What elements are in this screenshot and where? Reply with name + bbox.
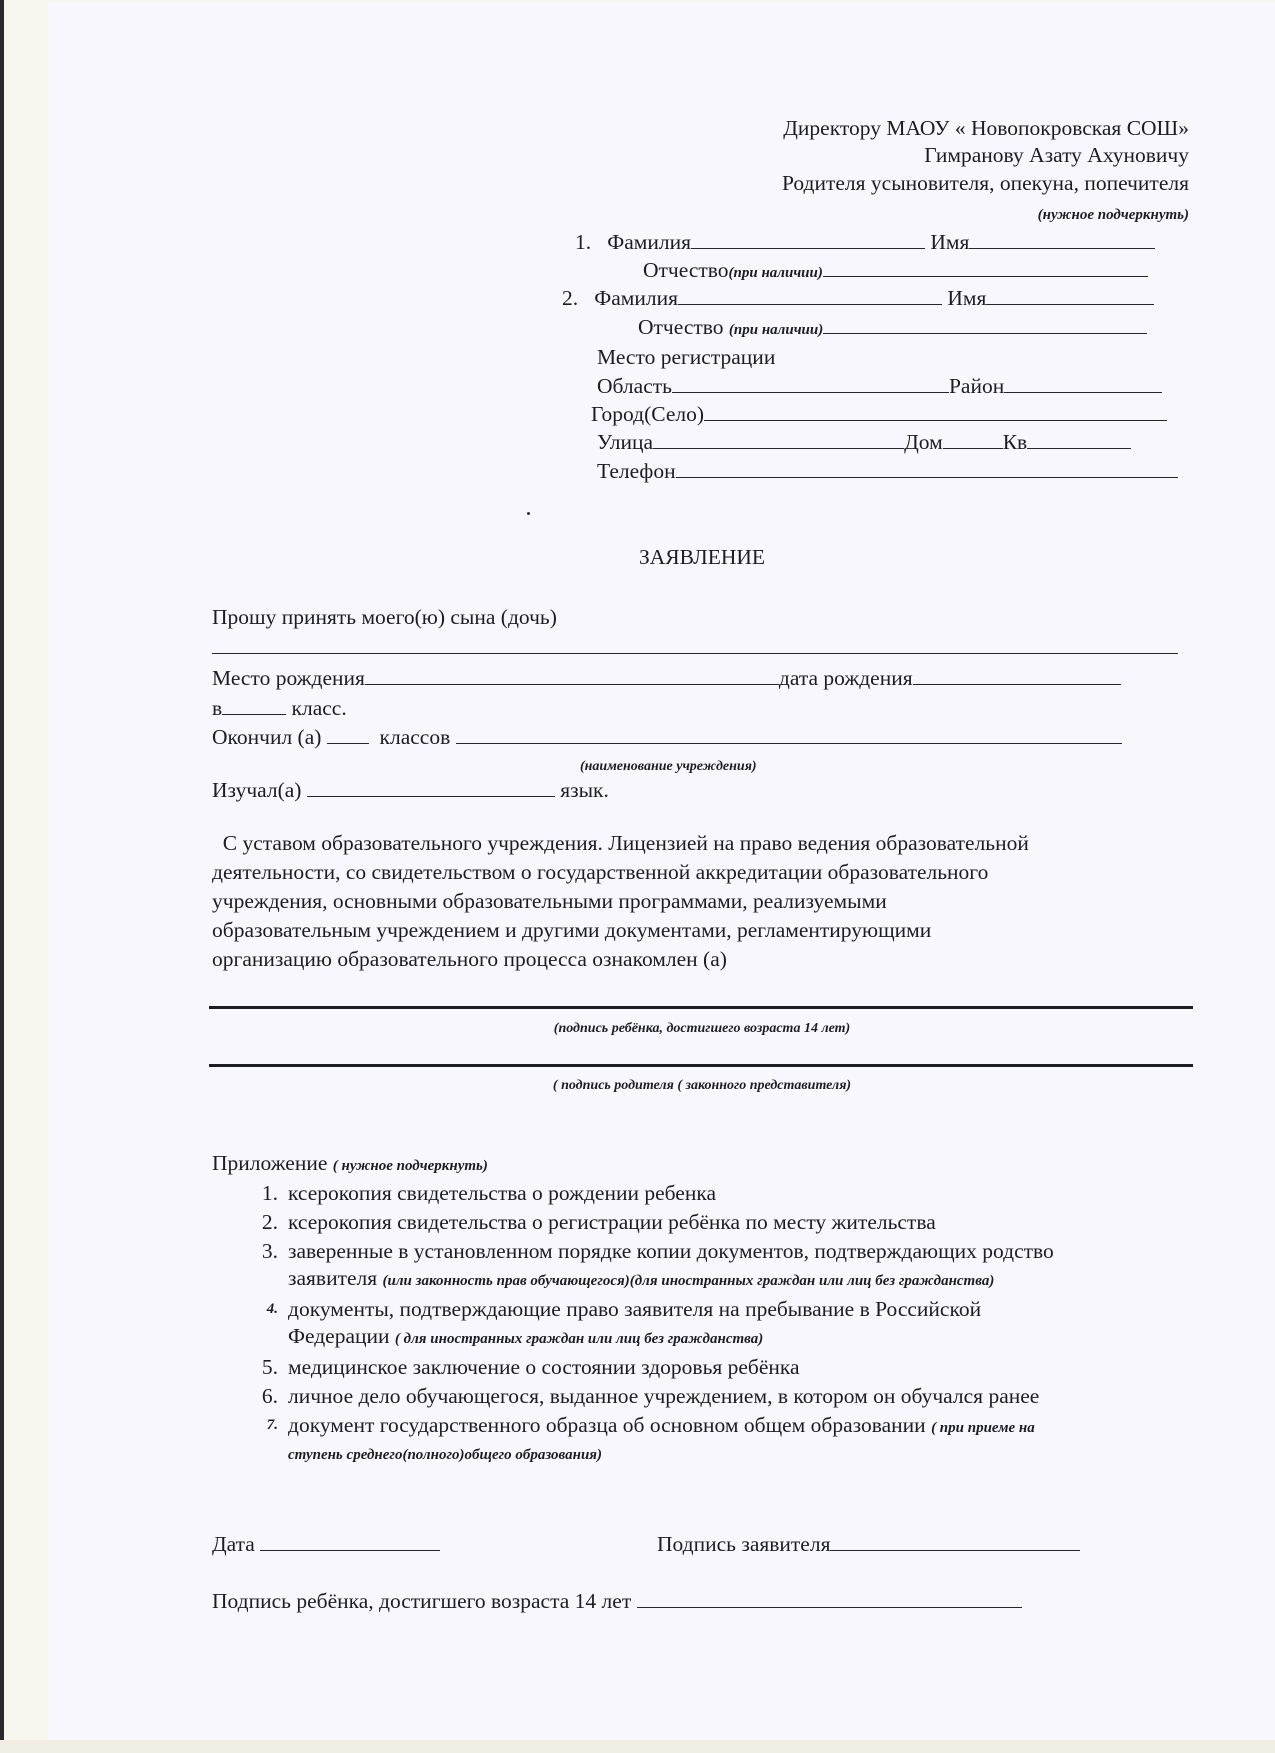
applicant-2-surname-field[interactable]	[678, 284, 942, 305]
language-row: Изучал(а) язык.	[212, 776, 609, 803]
attachments-heading: Приложение ( нужное подчеркнуть)	[212, 1150, 488, 1179]
street-label: Улица	[597, 430, 653, 454]
document-title: ЗАЯВЛЕНИЕ	[0, 544, 1275, 570]
addressee-line-2: Гимранову Азату Ахуновичу	[924, 142, 1189, 168]
applicant-1-surname-field[interactable]	[691, 228, 925, 249]
district-label: Район	[949, 374, 1004, 398]
child-signature-line[interactable]	[209, 1006, 1193, 1009]
attachment-text: документ государственного образца об осн…	[288, 1413, 931, 1437]
applicant-2-name-label: Имя	[947, 286, 986, 310]
attachments-heading-note: ( нужное подчеркнуть)	[333, 1158, 488, 1174]
attachment-number: 7.	[248, 1412, 278, 1438]
attachment-text: личное дело обучающегося, выданное учреж…	[288, 1384, 1039, 1408]
attachment-note: ( при приеме на	[931, 1420, 1035, 1436]
finished-classes-field[interactable]	[327, 723, 369, 744]
applicant-1-number: 1.	[575, 230, 591, 254]
acknowledgement-line: образовательным учреждением и другими до…	[212, 917, 931, 943]
attachment-text: заверенные в установленном порядке копии…	[288, 1239, 1054, 1263]
attachments-heading-label: Приложение	[212, 1151, 333, 1175]
birthdate-field[interactable]	[913, 664, 1121, 685]
phone-field[interactable]	[676, 457, 1178, 478]
date-label: Дата	[212, 1532, 255, 1556]
class-row: в класс.	[212, 694, 347, 721]
attachment-item: 7.документ государственного образца об о…	[288, 1412, 1035, 1441]
attachment-number: 5.	[248, 1354, 278, 1380]
scan-bottom-edge	[0, 1740, 1275, 1753]
attachment-continuation-text: Федерации	[288, 1324, 395, 1348]
registration-heading: Место регистрации	[597, 344, 775, 370]
applicant-1-patronymic-label: Отчество	[643, 258, 729, 282]
apt-field[interactable]	[1027, 428, 1131, 449]
parent-signature-line[interactable]	[209, 1064, 1193, 1067]
finished-label: Окончил (а)	[212, 725, 321, 749]
acknowledgement-line: организацию образовательного процесса оз…	[212, 946, 727, 972]
applicant-2-patronymic-field[interactable]	[823, 313, 1147, 334]
applicant-2-surname-label: Фамилия	[594, 286, 678, 310]
scan-edge	[0, 0, 4, 1753]
attachment-number: 4.	[248, 1296, 278, 1322]
attachment-item: 1.ксерокопия свидетельства о рождении ре…	[288, 1180, 716, 1206]
child-final-signature-row: Подпись ребёнка, достигшего возраста 14 …	[212, 1587, 1022, 1614]
attachment-item: 6.личное дело обучающегося, выданное учр…	[288, 1383, 1039, 1409]
class-suffix: класс.	[286, 696, 347, 720]
attachment-item: 2.ксерокопия свидетельства о регистрации…	[288, 1209, 936, 1235]
parent-signature-note: ( подпись родителя ( законного представи…	[0, 1073, 1275, 1099]
birthdate-label: дата рождения	[779, 666, 913, 690]
attachment-number: 1.	[248, 1180, 278, 1206]
attachment-text: документы, подтверждающие право заявител…	[288, 1297, 981, 1321]
house-label: Дом	[904, 430, 943, 454]
applicant-signature-row: Подпись заявителя	[657, 1530, 1080, 1557]
applicant-1-patronymic-row: Отчество(при наличии)	[643, 256, 1148, 286]
attachment-continuation: Федерации ( для иностранных граждан или …	[288, 1323, 763, 1352]
acknowledgement-line: С уставом образовательного учреждения. Л…	[212, 830, 1029, 856]
attachment-continuation: заявителя (или законность прав обучающег…	[288, 1265, 994, 1294]
city-label: Город(Село)	[591, 402, 704, 426]
child-final-signature-label: Подпись ребёнка, достигшего возраста 14 …	[212, 1589, 631, 1613]
applicant-signature-label: Подпись заявителя	[657, 1532, 830, 1556]
applicant-1-name-label: Имя	[930, 230, 969, 254]
apt-label: Кв	[1003, 430, 1028, 454]
attachment-number: 6.	[248, 1383, 278, 1409]
applicant-1-surname-label: Фамилия	[607, 230, 691, 254]
finished-row: Окончил (а) классов	[212, 723, 1122, 750]
birthplace-label: Место рождения	[212, 666, 365, 690]
applicant-1-name-field[interactable]	[969, 228, 1155, 249]
birth-row: Место рождениядата рождения	[212, 664, 1121, 691]
attachment-continuation-note: ступень среднего(полного)общего образова…	[288, 1447, 602, 1463]
applicant-2-row: 2. Фамилия Имя	[562, 284, 1154, 311]
acknowledgement-line: учреждения, основными образовательными п…	[212, 888, 887, 914]
house-field[interactable]	[943, 428, 1003, 449]
applicant-2-patronymic-label: Отчество	[638, 315, 729, 339]
from-line: Родителя усыновителя, опекуна, попечител…	[782, 170, 1189, 196]
attachment-text: ксерокопия свидетельства о регистрации р…	[288, 1210, 936, 1234]
applicant-signature-field[interactable]	[830, 1530, 1080, 1551]
city-field[interactable]	[704, 400, 1167, 421]
scan-speck	[527, 512, 530, 515]
region-field[interactable]	[672, 372, 949, 393]
attachment-continuation-note: (или законность прав обучающегося)(для и…	[383, 1273, 995, 1289]
addressee-line-1: Директору МАОУ « Новопокровская СОШ»	[783, 115, 1189, 141]
birthplace-field[interactable]	[365, 664, 779, 685]
phone-row: Телефон	[597, 457, 1178, 484]
phone-label: Телефон	[597, 459, 676, 483]
date-row: Дата	[212, 1530, 440, 1557]
attachment-item: 5.медицинское заключение о состоянии здо…	[288, 1354, 800, 1380]
street-field[interactable]	[653, 428, 904, 449]
city-row: Город(Село)	[591, 400, 1167, 427]
class-prefix: в	[212, 696, 222, 720]
child-name-field[interactable]	[212, 653, 1178, 654]
street-row: УлицаДомКв	[597, 428, 1131, 455]
applicant-2-patronymic-row: Отчество (при наличии)	[638, 313, 1147, 343]
institution-field[interactable]	[456, 723, 1122, 744]
district-field[interactable]	[1004, 372, 1162, 393]
class-field[interactable]	[222, 694, 286, 715]
applicant-2-number: 2.	[562, 286, 578, 310]
from-note: (нужное подчеркнуть)	[1038, 202, 1189, 228]
attachment-text: медицинское заключение о состоянии здоро…	[288, 1355, 800, 1379]
attachment-text: ксерокопия свидетельства о рождении ребе…	[288, 1181, 716, 1205]
child-signature-note: (подпись ребёнка, достигшего возраста 14…	[0, 1016, 1275, 1042]
classes-label: классов	[380, 725, 451, 749]
attachment-continuation-text: заявителя	[288, 1266, 383, 1290]
attachment-number: 3.	[248, 1238, 278, 1264]
region-label: Область	[597, 374, 672, 398]
child-final-signature-field[interactable]	[637, 1587, 1022, 1608]
attachment-continuation-note: ( для иностранных граждан или лиц без гр…	[395, 1331, 763, 1347]
attachment-number: 2.	[248, 1209, 278, 1235]
applicant-1-row: 1. Фамилия Имя	[575, 228, 1155, 255]
region-row: ОбластьРайон	[597, 372, 1162, 399]
applicant-2-name-field[interactable]	[986, 284, 1154, 305]
language-suffix: язык.	[560, 778, 609, 802]
attachment-item: 4.документы, подтверждающие право заявит…	[288, 1296, 981, 1322]
applicant-2-patronymic-note: (при наличии)	[729, 322, 823, 338]
language-field[interactable]	[307, 776, 555, 797]
attachment-item: 3.заверенные в установленном порядке коп…	[288, 1238, 1054, 1264]
request-line: Прошу принять моего(ю) сына (дочь)	[212, 604, 557, 630]
date-field[interactable]	[260, 1530, 440, 1551]
studied-label: Изучал(а)	[212, 778, 301, 802]
applicant-1-patronymic-note: (при наличии)	[729, 265, 823, 281]
applicant-1-patronymic-field[interactable]	[823, 256, 1148, 277]
acknowledgement-line: деятельности, со свидетельством о госуда…	[212, 859, 988, 885]
attachment-continuation: ступень среднего(полного)общего образова…	[288, 1439, 602, 1468]
